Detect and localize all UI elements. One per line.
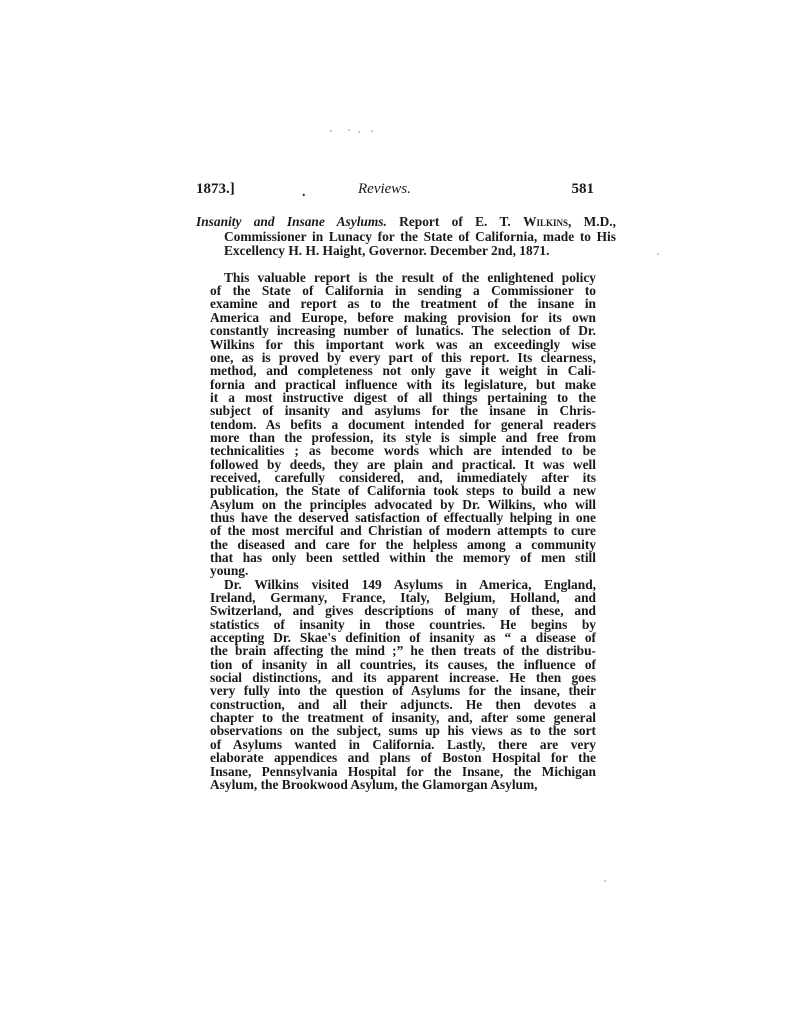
text-line: more than the profession, its style is s… xyxy=(196,431,596,444)
text-line: Asylum, the Brookwood Asylum, the Glamor… xyxy=(196,778,596,791)
text-line: tendom. As befits a document intended fo… xyxy=(196,418,596,431)
text-line: it a most instructive digest of all thin… xyxy=(196,391,596,404)
text-line: one, as is proved by every part of this … xyxy=(196,351,596,364)
text-line: examine and report as to the treatment o… xyxy=(196,297,596,310)
text-line: publication, the State of California too… xyxy=(196,484,596,497)
citation-text: Report of E. T. xyxy=(387,214,523,229)
book-page: 1873.] . Reviews. 581 Insanity and Insan… xyxy=(196,181,616,791)
running-head-section: Reviews. xyxy=(358,181,411,198)
text-line: Dr. Wilkins visited 149 Asylums in Ameri… xyxy=(196,578,596,591)
text-line: of Asylums wanted in California. Lastly,… xyxy=(196,738,596,751)
scan-speck xyxy=(330,130,332,132)
text-line: Switzerland, and gives descriptions of m… xyxy=(196,604,596,617)
text-line: social distinctions, and its apparent in… xyxy=(196,671,596,684)
paragraph: This valuable report is the result of th… xyxy=(196,271,596,578)
text-line: chapter to the treatment of insanity, an… xyxy=(196,711,596,724)
scan-speck xyxy=(358,131,360,133)
text-line: method, and completeness not only gave i… xyxy=(196,364,596,377)
text-line: This valuable report is the result of th… xyxy=(196,271,596,284)
text-line: statistics of insanity in those countrie… xyxy=(196,618,596,631)
text-line: observations on the subject, sums up his… xyxy=(196,724,596,737)
author-name: Wilkins xyxy=(523,214,568,229)
text-line: elaborate appendices and plans of Boston… xyxy=(196,751,596,764)
text-line: the diseased and care for the helpless a… xyxy=(196,538,596,551)
text-line: subject of insanity and asylums for the … xyxy=(196,404,596,417)
text-line: technicalities ; as become words which a… xyxy=(196,444,596,457)
text-line: that has only been settled within the me… xyxy=(196,551,596,564)
text-line: Ireland, Germany, France, Italy, Belgium… xyxy=(196,591,596,604)
running-head: 1873.] . Reviews. 581 xyxy=(196,181,616,201)
text-line: received, carefully considered, and, imm… xyxy=(196,471,596,484)
text-line: constantly increasing number of lunatics… xyxy=(196,324,596,337)
scan-speck xyxy=(657,253,659,255)
review-citation: Insanity and Insane Asylums. Report of E… xyxy=(196,215,616,259)
text-line: followed by deeds, they are plain and pr… xyxy=(196,458,596,471)
page-number: 581 xyxy=(572,181,595,198)
text-line: tion of insanity in all countries, its c… xyxy=(196,658,596,671)
text-line: thus have the deserved satisfaction of e… xyxy=(196,511,596,524)
paragraph: Dr. Wilkins visited 149 Asylums in Ameri… xyxy=(196,578,596,792)
reviewed-work-title: Insanity and Insane Asylums. xyxy=(196,214,387,229)
running-head-year: 1873.] xyxy=(196,181,235,198)
text-line: Insane, Pennsylvania Hospital for the In… xyxy=(196,765,596,778)
scan-speck xyxy=(371,130,373,132)
stray-dot: . xyxy=(302,185,306,201)
text-line: of the State of California in sending a … xyxy=(196,284,596,297)
text-line: America and Europe, before making provis… xyxy=(196,311,596,324)
text-line: accepting Dr. Skae's definition of insan… xyxy=(196,631,596,644)
text-line: Asylum on the principles advocated by Dr… xyxy=(196,498,596,511)
text-line: of the most merciful and Christian of mo… xyxy=(196,524,596,537)
text-line: young. xyxy=(196,564,596,577)
text-line: construction, and all their adjuncts. He… xyxy=(196,698,596,711)
text-line: Wilkins for this important work was an e… xyxy=(196,338,596,351)
review-body: This valuable report is the result of th… xyxy=(196,271,596,791)
text-line: fornia and practical influence with its … xyxy=(196,378,596,391)
scan-speck xyxy=(348,129,350,131)
scan-speck xyxy=(604,880,606,882)
text-line: very fully into the question of Asylums … xyxy=(196,684,596,697)
text-line: the brain affecting the mind ;” he then … xyxy=(196,644,596,657)
